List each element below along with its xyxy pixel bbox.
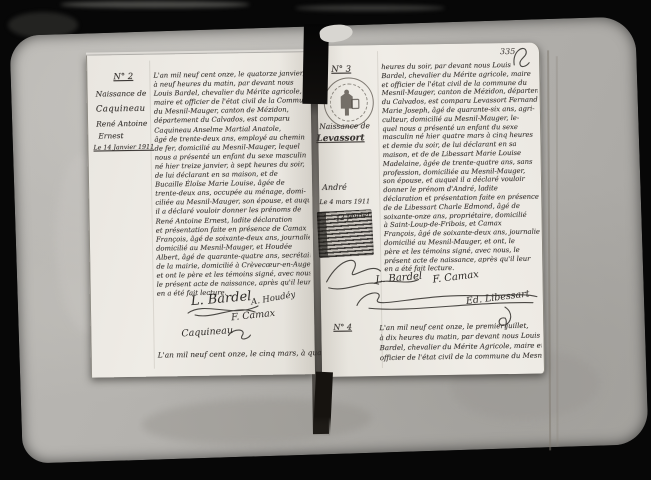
continuation-line: L'an mil neuf cent onze, le cinq mars, à… bbox=[158, 348, 333, 360]
margin-line: Ernest bbox=[98, 131, 123, 140]
signature-flourish bbox=[226, 327, 252, 341]
margin-line: René Antoine bbox=[96, 119, 147, 129]
margin-line: Naissance de bbox=[319, 121, 370, 131]
signature-flourish bbox=[373, 277, 421, 286]
left-page: N° 2 Naissance de Caquineau René Antoine… bbox=[86, 52, 315, 377]
margin-date: Le 4 mars 1911 bbox=[319, 197, 370, 206]
act-number: N° 3 bbox=[331, 64, 351, 74]
text-line: officier de l'état civil de la commune d… bbox=[380, 351, 542, 364]
margin-date: Le 14 Janvier 1911 bbox=[93, 144, 154, 152]
margin-given-name: André bbox=[322, 183, 347, 192]
margin-name: Levassort bbox=[316, 133, 364, 144]
scanner-streak bbox=[295, 5, 445, 11]
act-number: N° 2 bbox=[113, 72, 133, 82]
spine-shadow bbox=[313, 372, 333, 437]
leaf-edge bbox=[547, 50, 551, 450]
next-act-number: N° 4 bbox=[333, 323, 352, 332]
margin-name: Caquineau bbox=[96, 104, 146, 115]
act-body-text: heures du soir, par devant nous Louis Ba… bbox=[381, 61, 540, 275]
register-book: N° 2 Naissance de Caquineau René Antoine… bbox=[82, 40, 558, 447]
next-act-text: L'an mil neuf cent onze, le premier juil… bbox=[379, 321, 542, 364]
scanned-register-image: N° 2 Naissance de Caquineau René Antoine… bbox=[0, 0, 651, 480]
margin-line: Naissance de bbox=[96, 89, 147, 99]
scanner-streak bbox=[60, 1, 250, 8]
act-body-text: L'an mil neuf cent onze, le quatorze jan… bbox=[153, 69, 311, 299]
right-page: 335 N° 3 Naissance de Levassort André Le… bbox=[317, 43, 545, 377]
